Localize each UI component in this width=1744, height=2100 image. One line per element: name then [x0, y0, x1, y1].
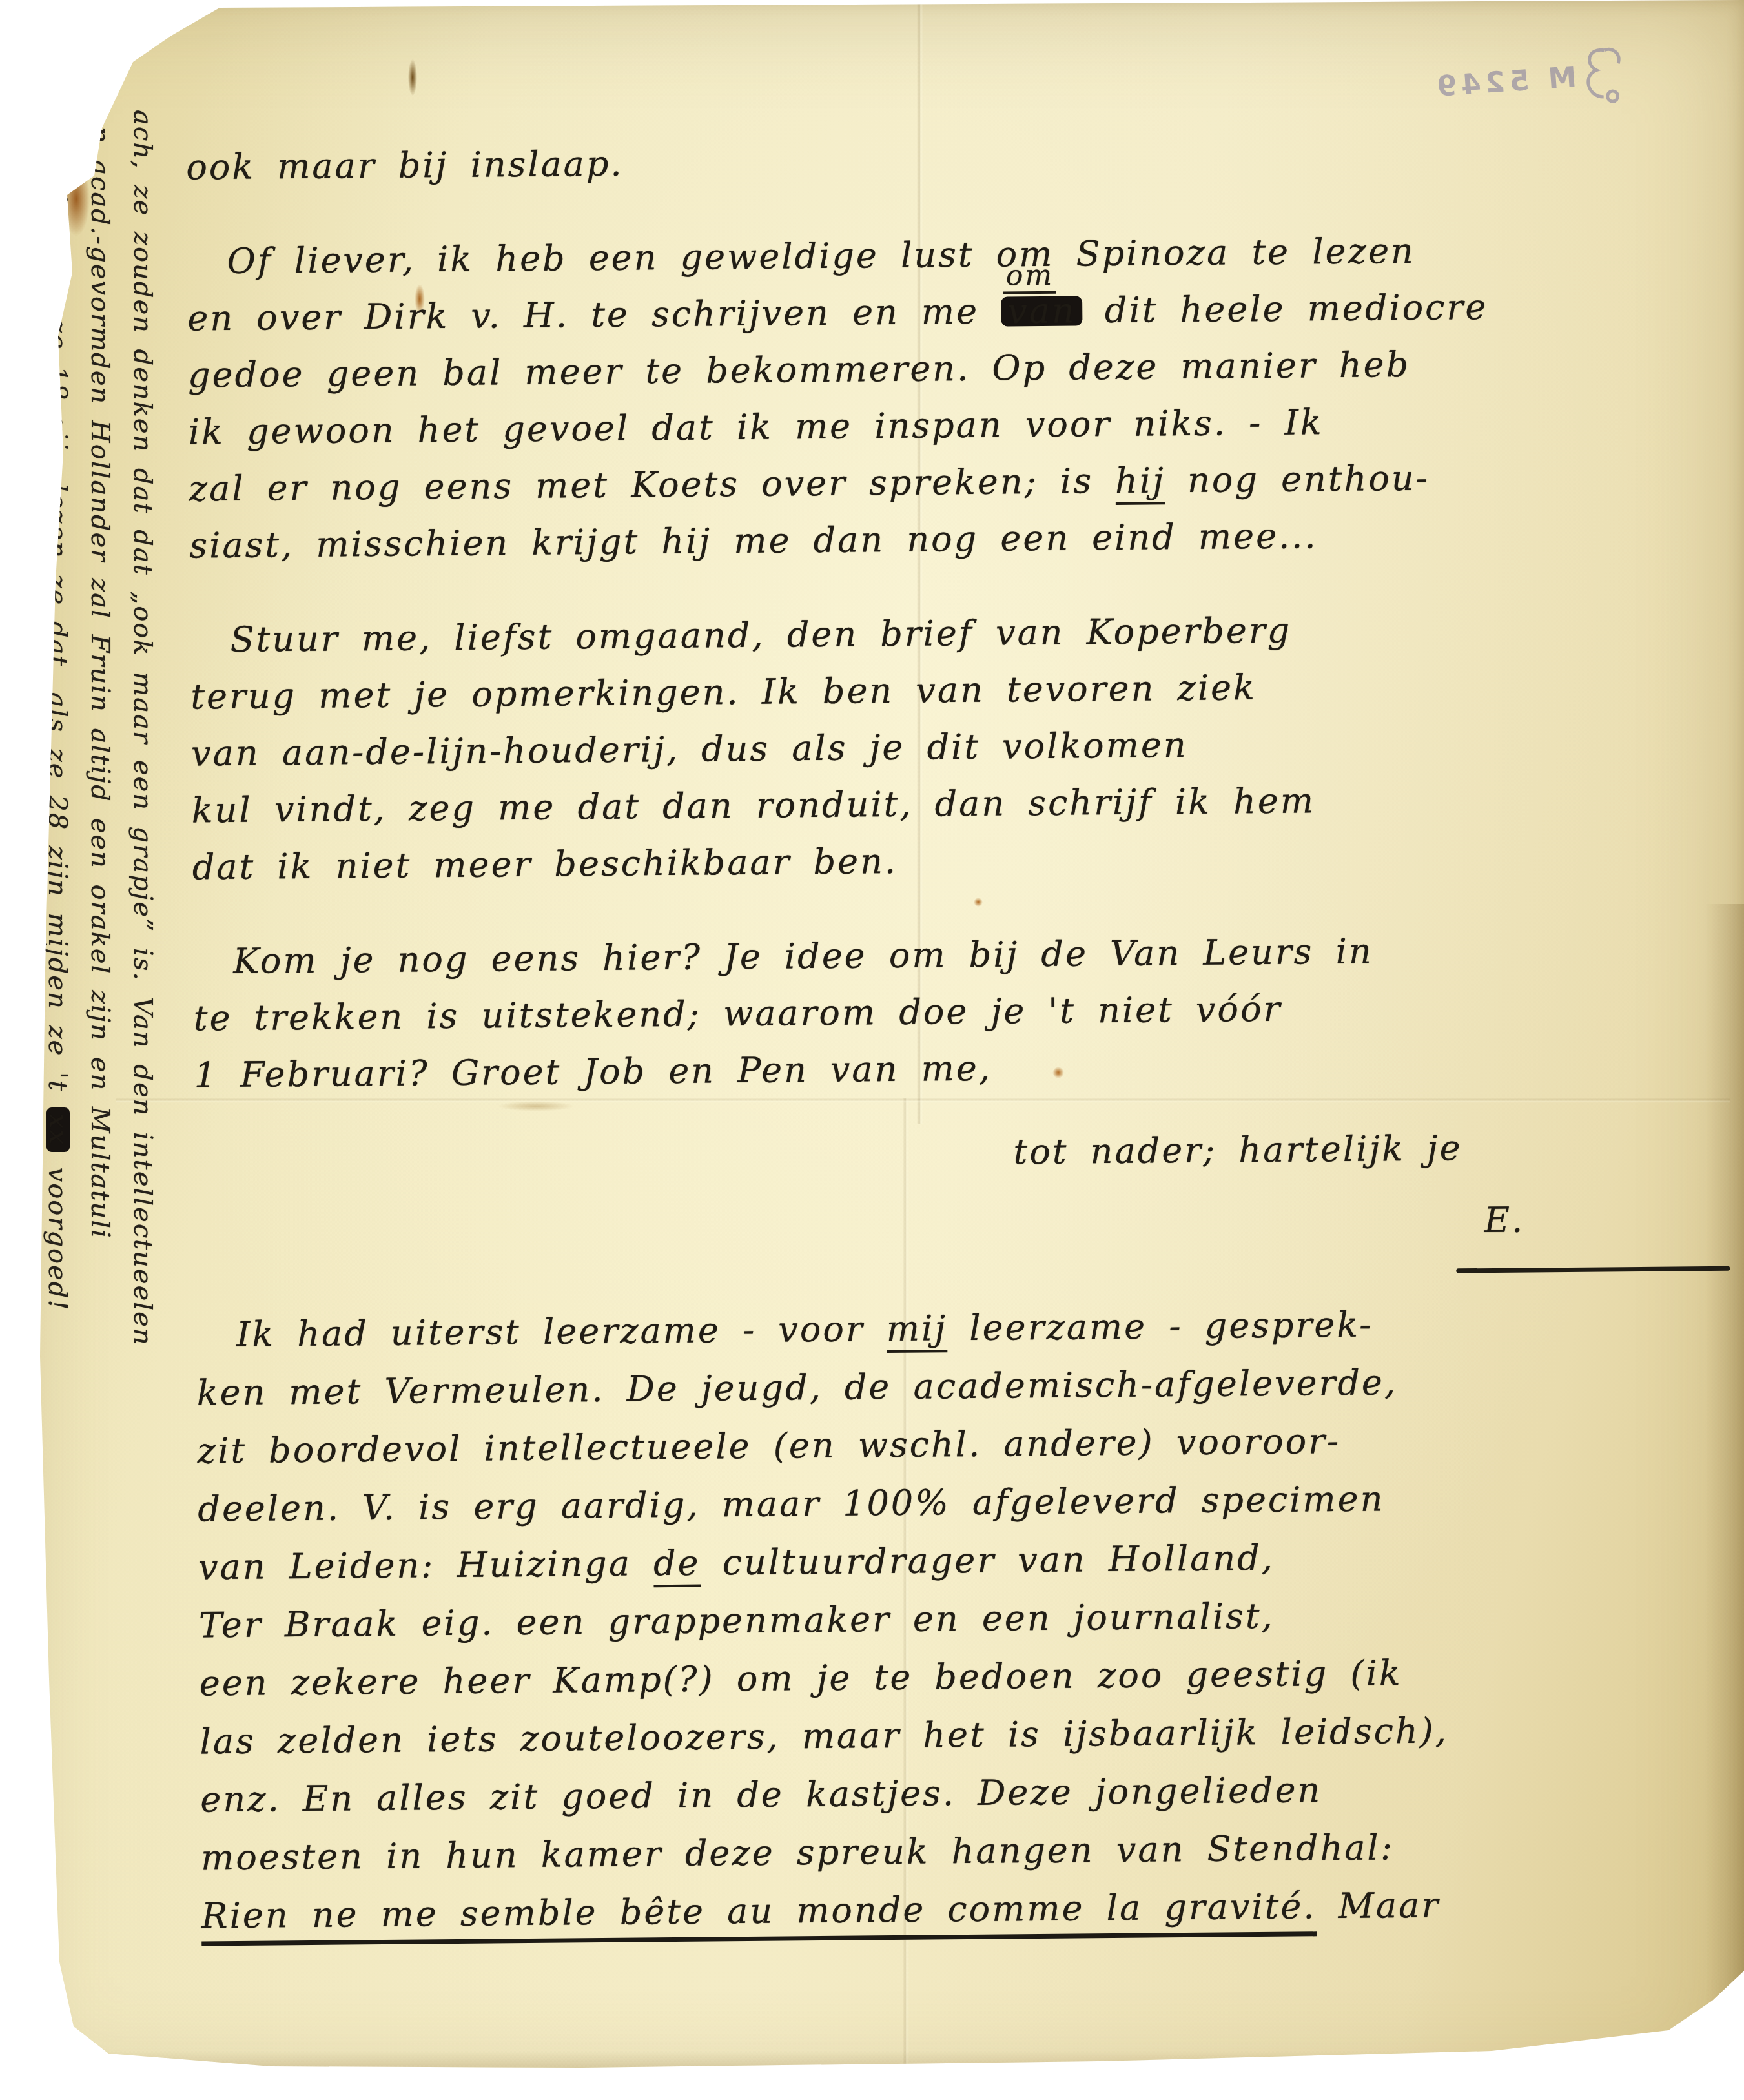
handwritten-text: van aan-de-lijn-houderij, dus als je dit…: [191, 725, 1188, 774]
handwritten-text: Ter Braak eig. een grappenmaker en een j…: [199, 1596, 1275, 1646]
handwritten-text: moesten in hun kamer deze spreuk hangen …: [201, 1827, 1394, 1878]
handwritten-text: deelen. V. is erg aardig, maar 100% afge…: [198, 1478, 1385, 1529]
handwritten-text: nog enthou-: [1165, 458, 1430, 501]
handwritten-text: terug met je opmerkingen. Ik ben van tev…: [190, 667, 1257, 717]
handwritten-text: 1 Februari? Groet Job en Pen van me,: [194, 1048, 992, 1096]
handwritten-text: van Leiden: Huizinga: [198, 1543, 653, 1587]
handwritten-text: Of liever, ik heb een geweldige lust om …: [227, 231, 1415, 282]
handwritten-text: zal er nog eens met Koets over spreken; …: [189, 460, 1115, 510]
handwritten-text: E.: [1484, 1199, 1524, 1240]
handwritten-text: ook maar bij inslaap.: [186, 143, 624, 188]
handwritten-text: dat ik niet meer beschikbaar ben.: [192, 841, 898, 888]
handwritten-text: enz. En alles zit goed in de kastjes. De…: [200, 1769, 1322, 1820]
letter-line: tot nader; hartelijk je: [1013, 1118, 1735, 1181]
paper-edge-shadow-bottom: [77, 2051, 1692, 2074]
handwritten-text: leerzame - gesprek-: [947, 1304, 1373, 1349]
underlined-text: de: [653, 1543, 701, 1588]
underlined-text: hij: [1115, 460, 1165, 505]
handwritten-text: Kom je nog eens hier? Je idee om bij de …: [233, 931, 1373, 981]
handwritten-text: ken met Vermeulen. De jeugd, de academis…: [197, 1362, 1398, 1413]
crossed-out-word: vanom: [1001, 296, 1083, 326]
handwritten-text: tot nader; hartelijk je: [1013, 1127, 1462, 1172]
inserted-word-above: om: [1003, 262, 1057, 294]
letter-line: E.: [1484, 1190, 1736, 1249]
letter-line: ook maar bij inslaap.: [186, 126, 1727, 196]
handwritten-text: ik gewoon het gevoel dat ik me inspan vo…: [189, 402, 1324, 452]
handwritten-text: gedoe geen bal meer te bekommeren. Op de…: [188, 344, 1411, 396]
underlined-text: mij: [887, 1308, 948, 1353]
handwritten-text: en over Dirk v. H. te schrijven en me: [187, 291, 1001, 338]
handwritten-text: Maar: [1316, 1885, 1440, 1927]
handwritten-text: een zekere heer Kamp(?) om je te bedoen …: [199, 1652, 1402, 1704]
handwritten-text: zit boordevol intellectueele (en wschl. …: [197, 1421, 1340, 1471]
handwritten-text: Ik had uiterst leerzame - voor: [236, 1308, 887, 1355]
handwritten-text: siast, misschien krijgt hij me dan nog e…: [189, 515, 1318, 566]
handwritten-text: kul vindt, zeg me dat dan ronduit, dan s…: [192, 780, 1316, 830]
handwritten-text: te trekken is uitstekend; waarom doe je …: [193, 989, 1282, 1039]
underlined-text: Rien ne me semble bête au monde comme la…: [201, 1886, 1317, 1946]
handwritten-text: dit heele mediocre: [1082, 287, 1488, 331]
handwritten-text: las zelden iets zouteloozers, maar het i…: [200, 1711, 1448, 1762]
letter-paper: M 5249 ach, ze zouden denken dat dat „oo…: [0, 0, 1744, 2100]
handwritten-text: Stuur me, liefst omgaand, den brief van …: [230, 610, 1291, 660]
handwritten-text: cultuurdrager van Holland,: [700, 1538, 1275, 1583]
letter-body: ook maar bij inslaap.Of liever, ik heb e…: [0, 0, 1744, 1947]
letter-line: [1456, 1266, 1730, 1273]
